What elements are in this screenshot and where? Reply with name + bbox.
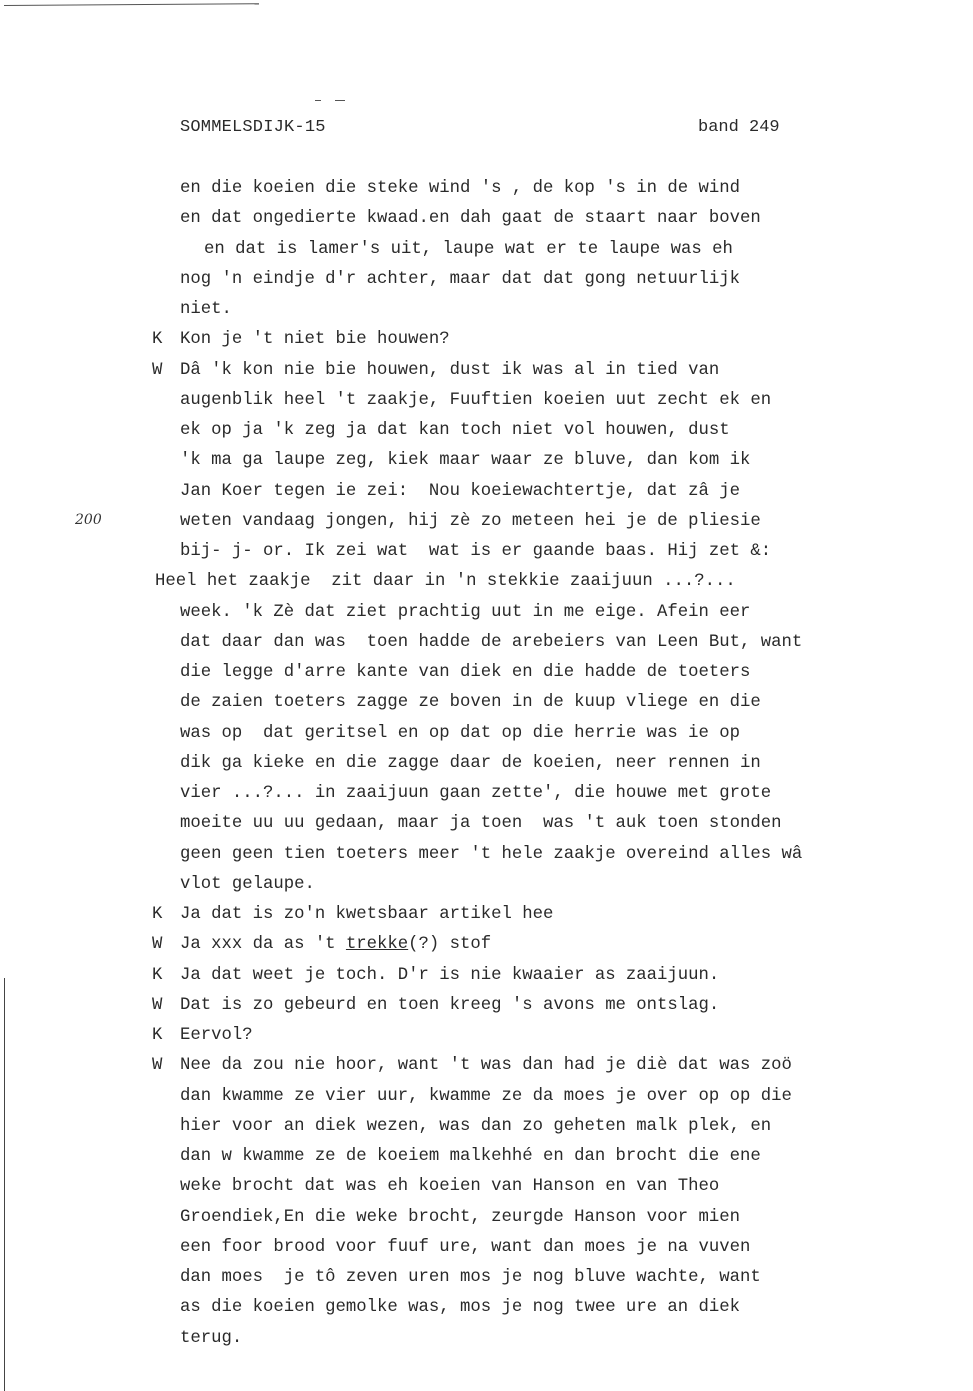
transcript-line: Eervol?: [180, 1025, 253, 1047]
speaker-label: K: [152, 329, 162, 351]
transcript-line: Nee da zou nie hoor, want 't was dan had…: [180, 1055, 792, 1077]
transcript-line: niet.: [180, 299, 232, 321]
transcript-line: as die koeien gemolke was, mos je nog tw…: [180, 1297, 740, 1319]
transcript-line: Ja dat is zo'n kwetsbaar artikel hee: [180, 904, 553, 926]
transcript-line: was op dat geritsel en op dat op die her…: [180, 723, 740, 745]
left-edge-rule: [4, 978, 5, 1391]
transcript-line: ek op ja 'k zeg ja dat kan toch niet vol…: [180, 420, 730, 442]
transcript-line: moeite uu uu gedaan, maar ja toen was 't…: [180, 813, 782, 835]
transcript-line: dik ga kieke en die zagge daar de koeien…: [180, 753, 761, 775]
speaker-label: W: [152, 934, 162, 956]
transcript-line: weten vandaag jongen, hij zè zo meteen h…: [180, 511, 761, 533]
speaker-label: W: [152, 995, 162, 1017]
speaker-label: K: [152, 1025, 162, 1047]
transcript-line: vier ...?... in zaaijuun gaan zette', di…: [180, 783, 771, 805]
transcript-line: Dâ 'k kon nie bie houwen, dust ik was al…: [180, 360, 719, 382]
speaker-label: K: [152, 965, 162, 987]
transcript-line: Ja xxx da as 't trekke(?) stof: [180, 934, 491, 956]
transcript-line: terug.: [180, 1328, 242, 1350]
document-title: SOMMELSDIJK-15: [180, 118, 326, 137]
transcript-line: die legge d'arre kante van diek en die h…: [180, 662, 750, 684]
transcript-line: en dat is lamer's uit, laupe wat er te l…: [204, 239, 733, 261]
header-marks: [315, 100, 355, 101]
speaker-label: K: [152, 904, 162, 926]
transcript-line: Dat is zo gebeurd en toen kreeg 's avons…: [180, 995, 719, 1017]
transcript-line: dan moes je tô zeven uren mos je nog blu…: [180, 1267, 761, 1289]
transcript-line: vlot gelaupe.: [180, 874, 315, 896]
transcript-line: 'k ma ga laupe zeg, kiek maar waar ze bl…: [180, 450, 750, 472]
transcript-line: en die koeien die steke wind 's , de kop…: [180, 178, 740, 200]
transcript-line: Heel het zaakje zit daar in 'n stekkie z…: [155, 571, 736, 593]
tape-number: band 249: [698, 118, 780, 137]
transcript-line: bij- j- or. Ik zei wat wat is er gaande …: [180, 541, 771, 563]
transcript-line: Jan Koer tegen ie zei: Nou koeiewachtert…: [180, 481, 740, 503]
transcript-line: weke brocht dat was eh koeien van Hanson…: [180, 1176, 719, 1198]
transcript-line: en dat ongedierte kwaad.en dah gaat de s…: [180, 208, 761, 230]
top-rule: [4, 3, 259, 6]
margin-note: 200: [75, 512, 102, 528]
transcript-line: de zaien toeters zagge ze boven in de ku…: [180, 692, 761, 714]
transcript-line: dat daar dan was toen hadde de arebeiers…: [180, 632, 802, 654]
typewritten-transcript-page: SOMMELSDIJK-15 band 249 200 en die koeie…: [0, 0, 973, 1391]
transcript-line: Groendiek,En die weke brocht, zeurgde Ha…: [180, 1207, 740, 1229]
transcript-line: hier voor an diek wezen, was dan zo gehe…: [180, 1116, 771, 1138]
transcript-line: geen geen tien toeters meer 't hele zaak…: [180, 844, 802, 866]
transcript-line: Kon je 't niet bie houwen?: [180, 329, 450, 351]
transcript-line: dan kwamme ze vier uur, kwamme ze da moe…: [180, 1086, 792, 1108]
transcript-line: augenblik heel 't zaakje, Fuuftien koeie…: [180, 390, 771, 412]
speaker-label: W: [152, 1055, 162, 1077]
transcript-line: week. 'k Zè dat ziet prachtig uut in me …: [180, 602, 750, 624]
transcript-line: nog 'n eindje d'r achter, maar dat dat g…: [180, 269, 740, 291]
transcript-line: dan w kwamme ze de koeiem malkehhé en da…: [180, 1146, 761, 1168]
transcript-line: een foor brood voor fuuf ure, want dan m…: [180, 1237, 750, 1259]
speaker-label: W: [152, 360, 162, 382]
transcript-line: Ja dat weet je toch. D'r is nie kwaaier …: [180, 965, 719, 987]
